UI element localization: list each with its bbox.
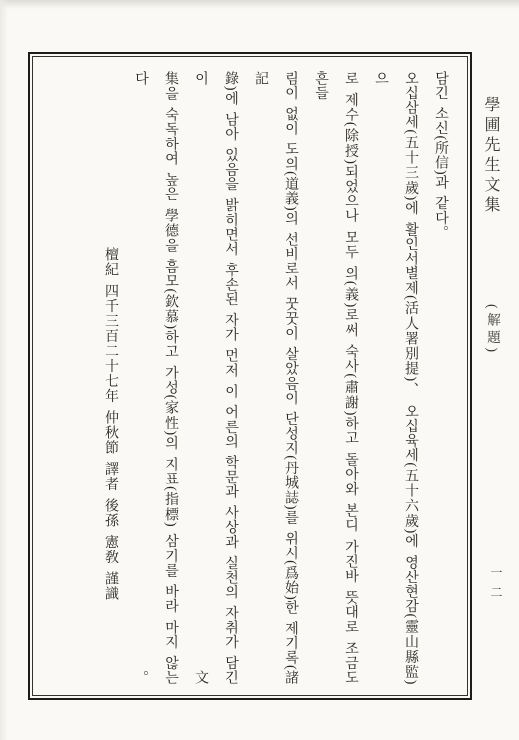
page-number: 一二 — [488, 566, 505, 606]
text-column: 림이 없이 도의(道義)의 선비로서 꿋꿋이 살았음이 단성지(丹城誌)를 위시… — [245, 71, 305, 685]
text-column: 集을 숙독하여 높은 學德을 흠모(欽慕)하고 가성(家性)의 지표(指標) 삼… — [125, 71, 185, 685]
text-column: 錄)에 남아 있음을 밝히면서 후손된 자가 먼저 이 어른의 학문과 사상과 … — [185, 71, 245, 685]
book-title: 學圃先生文集 — [479, 96, 502, 216]
scanned-book-page: { "page": { "paper_color": "#faf9f5", "i… — [0, 0, 519, 740]
page-border-inner-line: 담긴 소신(所信)과 같다。오십삼세(五十三歲)에 활인서별제(活人署別提)、 … — [32, 56, 468, 696]
section-title: (解題) — [482, 304, 502, 356]
scan-edge-shading-left — [0, 0, 8, 740]
text-column: 오십삼세(五十三歲)에 활인서별제(活人署別提)、 오십육세(五十六歲)에 영산… — [365, 71, 425, 685]
scan-edge-shading-top — [0, 0, 519, 10]
text-column: 담긴 소신(所信)과 같다。 — [425, 71, 455, 685]
page-border-frame: 담긴 소신(所信)과 같다。오십삼세(五十三歲)에 활인서별제(活人署別提)、 … — [28, 52, 472, 700]
body-text-area: 담긴 소신(所信)과 같다。오십삼세(五十三歲)에 활인서별제(活人署別提)、 … — [51, 71, 455, 685]
text-column: 로 제수(除授)되었으나 모두 의(義)로써 숙사(肅謝)하고 돌아와 본디 가… — [305, 71, 365, 685]
text-column: 檀紀 四千三百二十七年 仲秋節 譯者 後孫 憲敎 謹識 — [95, 71, 125, 685]
